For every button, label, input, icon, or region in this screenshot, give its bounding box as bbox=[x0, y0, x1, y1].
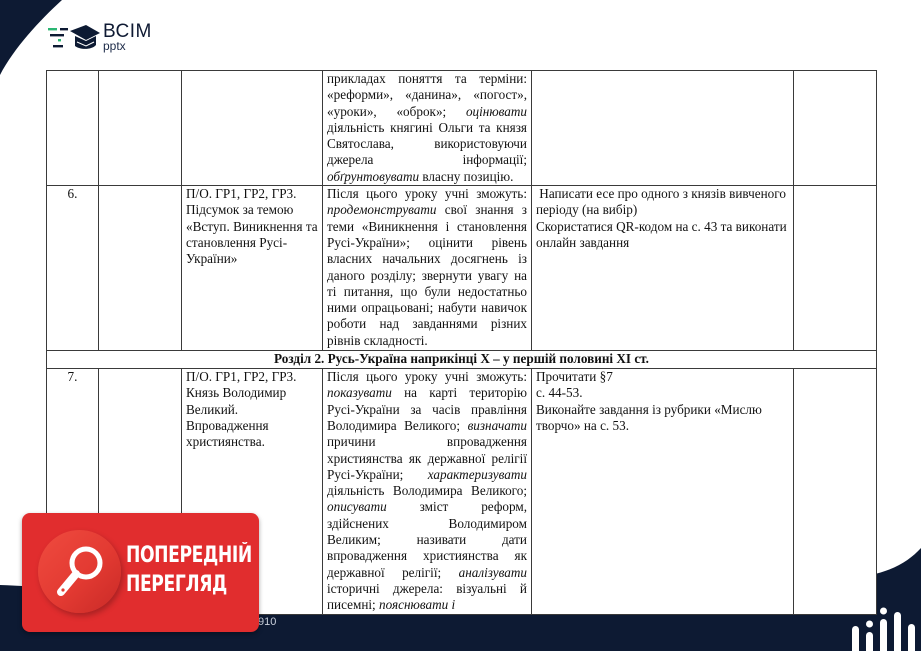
footer-code: 910 bbox=[258, 616, 276, 628]
row-number bbox=[47, 71, 99, 186]
preview-badge[interactable]: ПОПЕРЕДНІЙ ПЕРЕГЛЯД bbox=[22, 513, 259, 632]
row-number: 6. bbox=[47, 186, 99, 351]
topic-line: П/О. ГР1, ГР2, ГР3. bbox=[186, 369, 318, 385]
row-topic: П/О. ГР1, ГР2, ГР3. Підсумок за темою «В… bbox=[182, 186, 323, 351]
row-notes bbox=[794, 71, 877, 186]
brand-logo: ВСІМ pptx bbox=[48, 22, 152, 52]
graduation-cap-icon bbox=[48, 22, 100, 52]
homework-line: Скористатися QR-кодом на с. 43 та викона… bbox=[536, 219, 789, 252]
table-row: 6. П/О. ГР1, ГР2, ГР3. Підсумок за темою… bbox=[47, 186, 877, 351]
homework-line: Виконайте завдання із рубрики «Мислю тво… bbox=[536, 402, 789, 435]
row-topic bbox=[182, 71, 323, 186]
row-outcomes: Після цього уроку учні зможуть: продемон… bbox=[323, 186, 532, 351]
row-outcomes: прикладах поняття та терміни: «реформи»,… bbox=[323, 71, 532, 186]
homework-line: с. 44-53. bbox=[536, 385, 789, 401]
preview-badge-label: ПОПЕРЕДНІЙ ПЕРЕГЛЯД bbox=[126, 541, 252, 599]
row-homework bbox=[532, 71, 794, 186]
row-homework: Написати есе про одного з князів вивчено… bbox=[532, 186, 794, 351]
row-cell-2 bbox=[99, 186, 182, 351]
section-heading: Розділ 2. Русь-Україна наприкінці Х – у … bbox=[47, 351, 877, 369]
preview-badge-line1: ПОПЕРЕДНІЙ bbox=[126, 541, 252, 570]
section-heading-row: Розділ 2. Русь-Україна наприкінці Х – у … bbox=[47, 351, 877, 369]
topic-line: Впровадження християнства. bbox=[186, 418, 318, 451]
bars-logo-icon bbox=[848, 584, 918, 651]
topic-line: Князь Володимир Великий. bbox=[186, 385, 318, 418]
row-cell-2 bbox=[99, 71, 182, 186]
table-row: прикладах поняття та терміни: «реформи»,… bbox=[47, 71, 877, 186]
homework-line: Написати есе про одного з князів вивчено… bbox=[536, 186, 789, 219]
row-homework: Прочитати §7 с. 44-53. Виконайте завданн… bbox=[532, 369, 794, 614]
row-notes bbox=[794, 186, 877, 351]
row-notes bbox=[794, 369, 877, 614]
row-outcomes: Після цього уроку учні зможуть: показува… bbox=[323, 369, 532, 614]
magnifier-icon bbox=[38, 530, 121, 613]
preview-badge-line2: ПЕРЕГЛЯД bbox=[126, 570, 252, 599]
homework-line: Прочитати §7 bbox=[536, 369, 789, 385]
